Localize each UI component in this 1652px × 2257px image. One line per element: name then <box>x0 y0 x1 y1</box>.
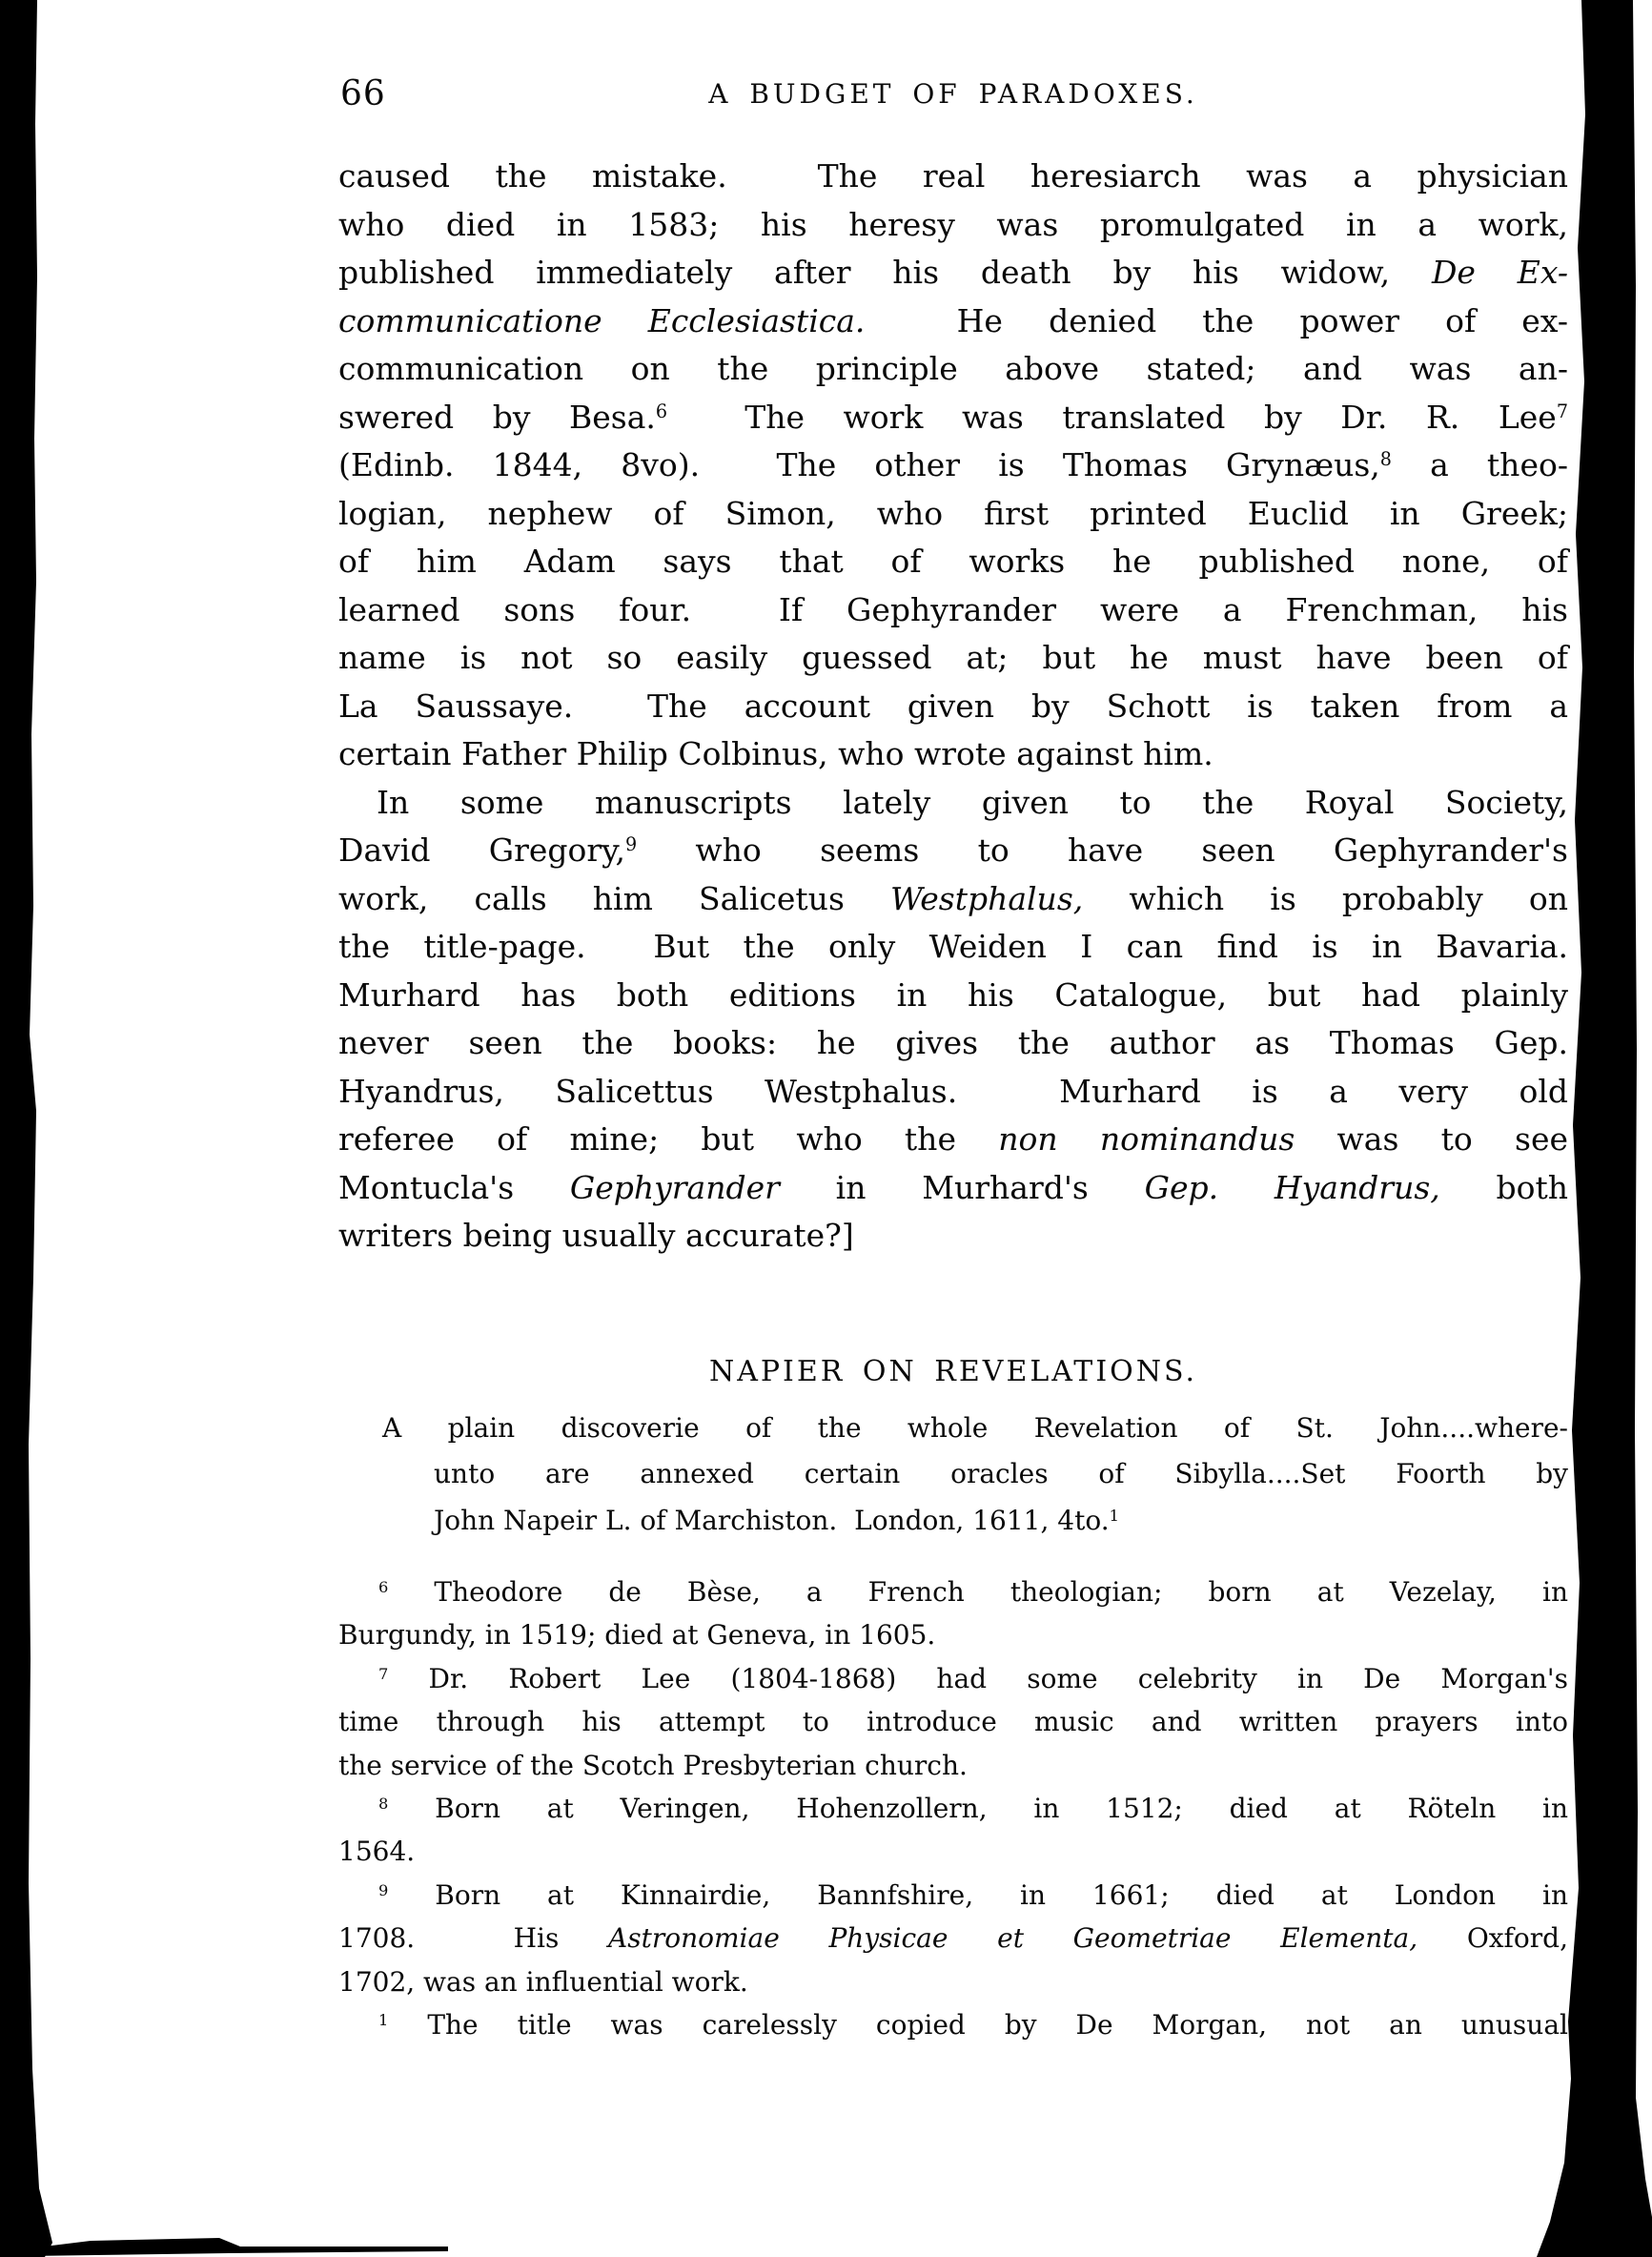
text-line: the service of the Scotch Presbyterian c… <box>338 1744 1568 1787</box>
text-line: 7 Dr. Robert Lee (1804-1868) had some ce… <box>338 1657 1568 1700</box>
text-line: (Edinb. 1844, 8vo). The other is Thomas … <box>338 441 1568 490</box>
text-line: Murhard has both editions in his Catalog… <box>338 972 1568 1020</box>
text-line: swered by Besa.6 The work was translated… <box>338 394 1568 442</box>
text-line: 8 Born at Veringen, Hohenzollern, in 151… <box>338 1787 1568 1830</box>
text-line: referee of mine; but who the non nominan… <box>338 1116 1568 1164</box>
quote-block: A plain discoverie of the whole Revelati… <box>338 1405 1568 1545</box>
text-line: Hyandrus, Salicettus Westphalus. Murhard… <box>338 1068 1568 1117</box>
text-line: La Saussaye. The account given by Schott… <box>338 683 1568 731</box>
footnote: 1 The title was carelessly copied by De … <box>338 2003 1568 2046</box>
text-line: work, calls him Salicetus Westphalus, wh… <box>338 875 1568 924</box>
text-line: certain Father Philip Colbinus, who wrot… <box>338 730 1568 779</box>
bottom-edge-scan-artifact <box>29 2238 448 2256</box>
body-paragraph: In some manuscripts lately given to the … <box>338 779 1568 1261</box>
text-line: of him Adam says that of works he publis… <box>338 538 1568 586</box>
text-line: 1702, was an influential work. <box>338 1960 1568 2003</box>
text-line: never seen the books: he gives the autho… <box>338 1019 1568 1068</box>
text-line: 1564. <box>338 1830 1568 1873</box>
text-line: communicatione Ecclesiastica. He denied … <box>338 298 1568 346</box>
text-line: time through his attempt to introduce mu… <box>338 1700 1568 1743</box>
text-line: logian, nephew of Simon, who first print… <box>338 490 1568 539</box>
text-line: published immediately after his death by… <box>338 249 1568 298</box>
text-line: Burgundy, in 1519; died at Geneva, in 16… <box>338 1613 1568 1656</box>
text-line: 1 The title was carelessly copied by De … <box>338 2003 1568 2046</box>
text-line: David Gregory,9 who seems to have seen G… <box>338 827 1568 875</box>
text-line: writers being usually accurate?] <box>338 1212 1568 1261</box>
footnote: 8 Born at Veringen, Hohenzollern, in 151… <box>338 1787 1568 1874</box>
section-heading: NAPIER ON REVELATIONS. <box>338 1352 1568 1392</box>
running-title: A BUDGET OF PARADOXES. <box>338 74 1568 110</box>
text-line: 6 Theodore de Bèse, a French theologian;… <box>338 1570 1568 1613</box>
text-line: communication on the principle above sta… <box>338 345 1568 394</box>
text-line: caused the mistake. The real heresiarch … <box>338 153 1568 201</box>
text-line: 9 Born at Kinnairdie, Bannfshire, in 166… <box>338 1874 1568 1917</box>
footnote: 9 Born at Kinnairdie, Bannfshire, in 166… <box>338 1874 1568 2003</box>
footnote: 7 Dr. Robert Lee (1804-1868) had some ce… <box>338 1657 1568 1787</box>
text-line: who died in 1583; his heresy was promulg… <box>338 201 1568 250</box>
body-paragraph: caused the mistake. The real heresiarch … <box>338 153 1568 779</box>
text-line: the title-page. But the only Weiden I ca… <box>338 923 1568 972</box>
text-line: In some manuscripts lately given to the … <box>338 779 1568 828</box>
text-line: John Napeir L. of Marchiston. London, 16… <box>434 1498 1568 1545</box>
footnote: 6 Theodore de Bèse, a French theologian;… <box>338 1570 1568 1657</box>
text-line: 1708. His Astronomiae Physicae et Geomet… <box>338 1917 1568 1959</box>
page-header: 66 A BUDGET OF PARADOXES. <box>338 74 1568 118</box>
text-line: name is not so easily guessed at; but he… <box>338 634 1568 683</box>
left-edge-scan-artifact <box>0 0 52 2257</box>
scanned-book-page: 66 A BUDGET OF PARADOXES. caused the mis… <box>0 0 1652 2257</box>
page-number: 66 <box>340 74 386 113</box>
footnotes-section: 6 Theodore de Bèse, a French theologian;… <box>338 1570 1568 2046</box>
text-column: caused the mistake. The real heresiarch … <box>338 153 1568 2046</box>
text-line: unto are annexed certain oracles of Siby… <box>434 1451 1568 1498</box>
text-line: learned sons four. If Gephyrander were a… <box>338 586 1568 635</box>
text-line: Montucla's Gephyrander in Murhard's Gep.… <box>338 1164 1568 1213</box>
text-line: A plain discoverie of the whole Revelati… <box>382 1405 1568 1452</box>
